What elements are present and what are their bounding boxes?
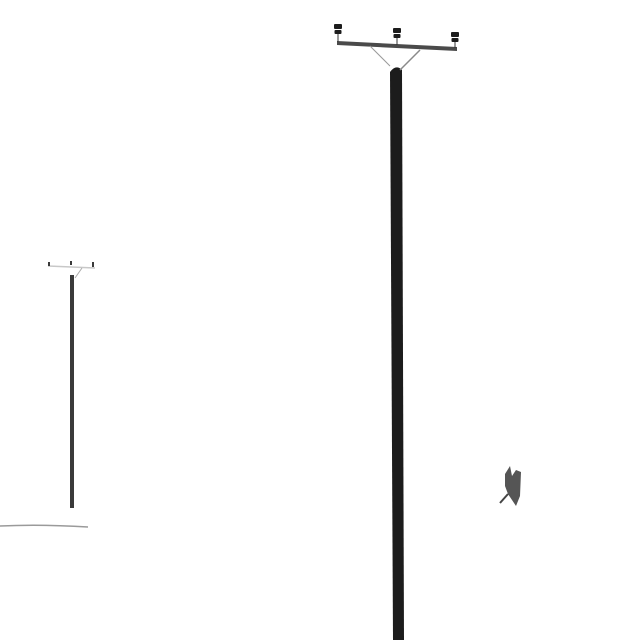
insulator-icon [92, 262, 94, 267]
scene-canvas [0, 0, 640, 640]
far-pole-shaft [70, 275, 74, 508]
insulator-icon [48, 262, 50, 266]
snow-background [0, 0, 640, 640]
insulator-icon [70, 261, 72, 265]
